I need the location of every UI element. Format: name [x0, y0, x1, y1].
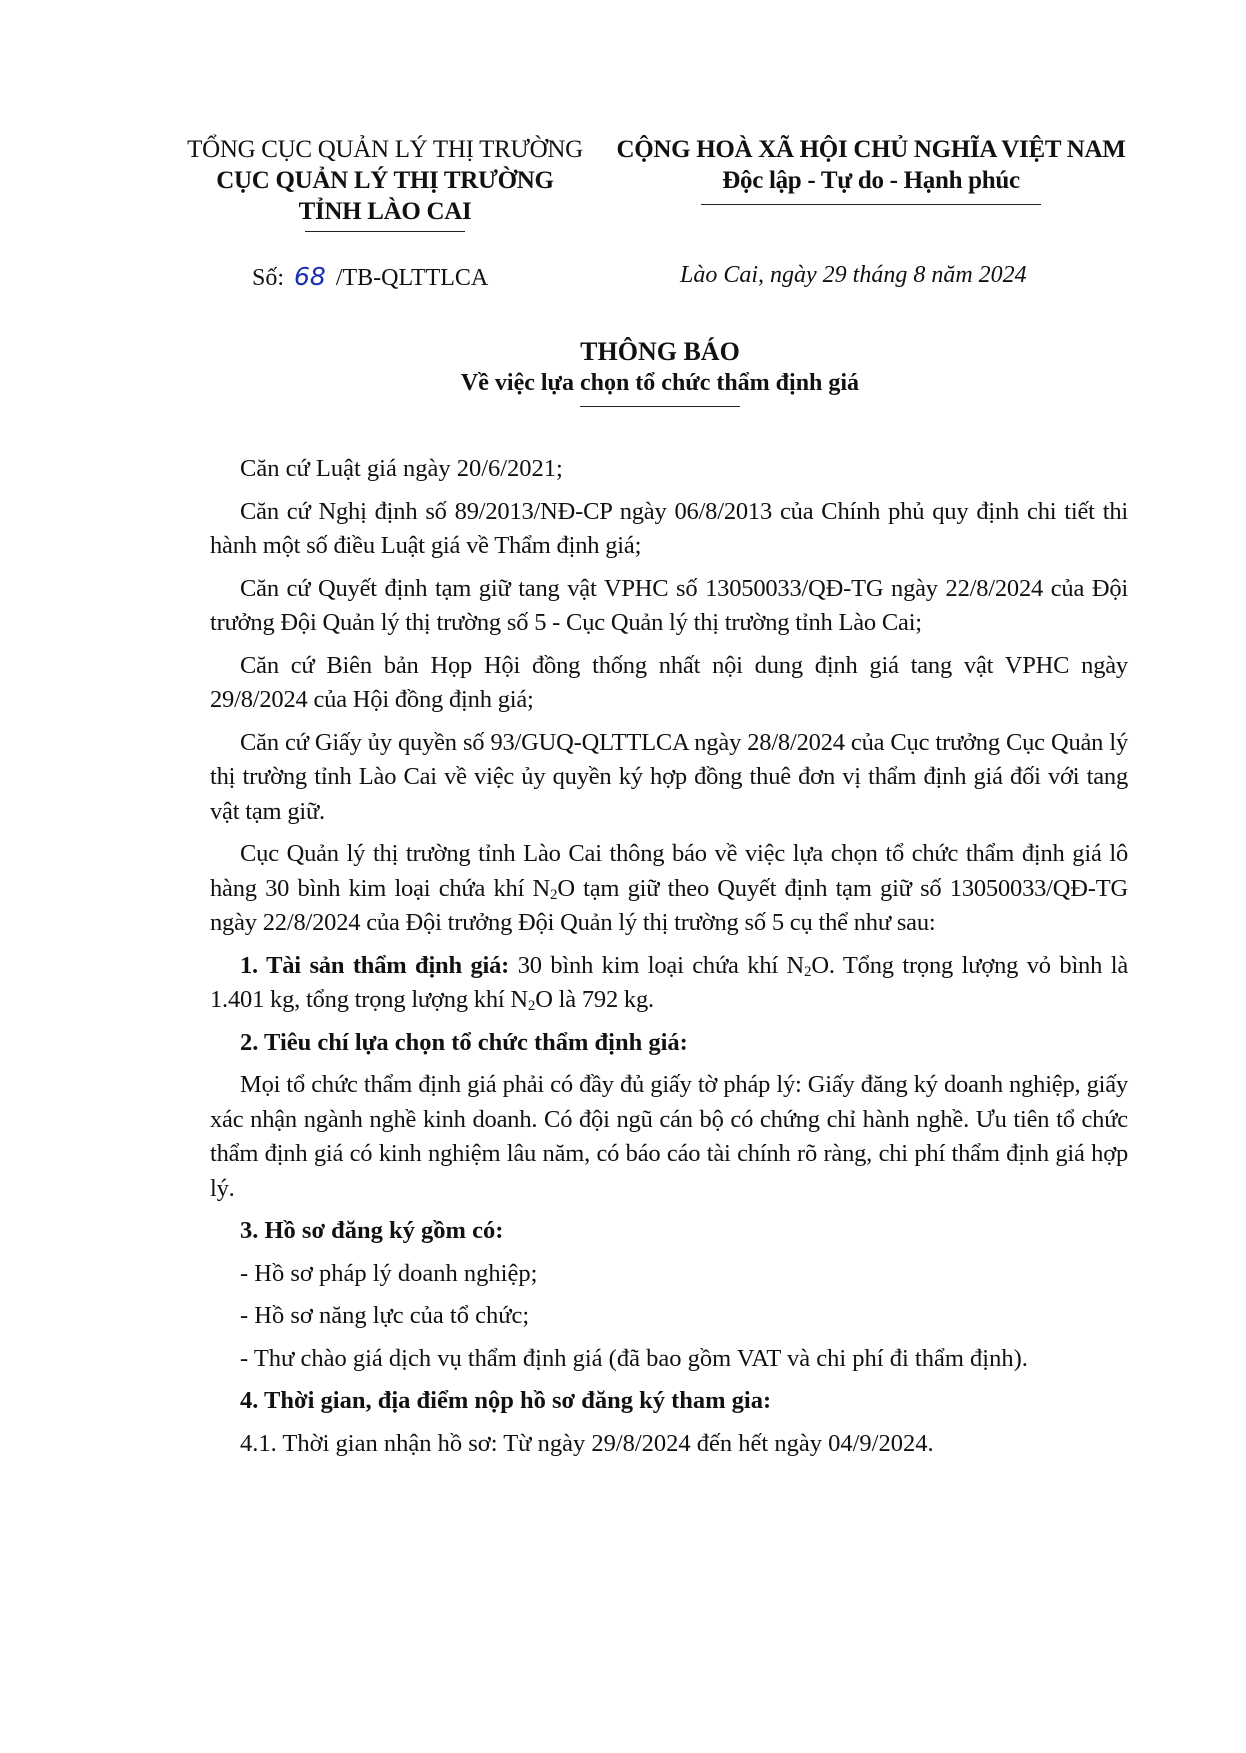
section-4-heading: 4. Thời gian, địa điểm nộp hồ sơ đăng ký…: [210, 1384, 1128, 1419]
parent-agency: TỔNG CỤC QUẢN LÝ THỊ TRƯỜNG: [180, 134, 590, 165]
country-name: CỘNG HOÀ XÃ HỘI CHỦ NGHĨA VIỆT NAM: [606, 134, 1136, 165]
legal-basis-4: Căn cứ Biên bản Họp Hội đồng thống nhất …: [210, 649, 1128, 718]
document-number: Số: 68 /TB-QLTTLCA: [252, 262, 488, 292]
document-title: THÔNG BÁO: [180, 336, 1140, 368]
place-date: Lào Cai, ngày 29 tháng 8 năm 2024: [680, 262, 1027, 289]
so-label: Số:: [252, 265, 284, 291]
national-motto-block: CỘNG HOÀ XÃ HỘI CHỦ NGHĨA VIỆT NAM Độc l…: [606, 134, 1136, 205]
document-body: Căn cứ Luật giá ngày 20/6/2021; Căn cứ N…: [210, 452, 1128, 1469]
list-item: - Thư chào giá dịch vụ thẩm định giá (đã…: [210, 1342, 1128, 1377]
section-4-1: 4.1. Thời gian nhận hồ sơ: Từ ngày 29/8/…: [210, 1427, 1128, 1462]
title-underline: [580, 406, 740, 407]
section-1-heading: 1. Tài sản thẩm định giá:: [240, 952, 509, 979]
agency-name: CỤC QUẢN LÝ THỊ TRƯỜNG: [180, 165, 590, 196]
title-block: THÔNG BÁO Về việc lựa chọn tổ chức thẩm …: [180, 336, 1140, 407]
motto-underline: [701, 204, 1041, 205]
so-suffix: /TB-QLTTLCA: [336, 265, 488, 291]
handwritten-number: 68: [294, 262, 326, 291]
section-3-heading: 3. Hồ sơ đăng ký gồm có:: [210, 1214, 1128, 1249]
agency-province: TỈNH LÀO CAI: [180, 196, 590, 227]
legal-basis-5: Căn cứ Giấy ủy quyền số 93/GUQ-QLTTLCA n…: [210, 726, 1128, 830]
legal-basis-2: Căn cứ Nghị định số 89/2013/NĐ-CP ngày 0…: [210, 495, 1128, 564]
announcement-paragraph: Cục Quản lý thị trường tỉnh Lào Cai thôn…: [210, 837, 1128, 941]
section-2-heading: 2. Tiêu chí lựa chọn tổ chức thẩm định g…: [210, 1026, 1128, 1061]
legal-basis-1: Căn cứ Luật giá ngày 20/6/2021;: [210, 452, 1128, 487]
legal-basis-3: Căn cứ Quyết định tạm giữ tang vật VPHC …: [210, 572, 1128, 641]
section-1: 1. Tài sản thẩm định giá: 30 bình kim lo…: [210, 949, 1128, 1018]
list-item: - Hồ sơ năng lực của tổ chức;: [210, 1299, 1128, 1334]
motto: Độc lập - Tự do - Hạnh phúc: [606, 165, 1136, 196]
document-subtitle: Về việc lựa chọn tổ chức thẩm định giá: [180, 368, 1140, 398]
section-2-text: Mọi tổ chức thẩm định giá phải có đầy đủ…: [210, 1068, 1128, 1206]
agency-underline: [305, 231, 465, 232]
list-item: - Hồ sơ pháp lý doanh nghiệp;: [210, 1257, 1128, 1292]
issuing-agency-block: TỔNG CỤC QUẢN LÝ THỊ TRƯỜNG CỤC QUẢN LÝ …: [180, 134, 590, 232]
document-page: TỔNG CỤC QUẢN LÝ THỊ TRƯỜNG CỤC QUẢN LÝ …: [0, 0, 1246, 1753]
